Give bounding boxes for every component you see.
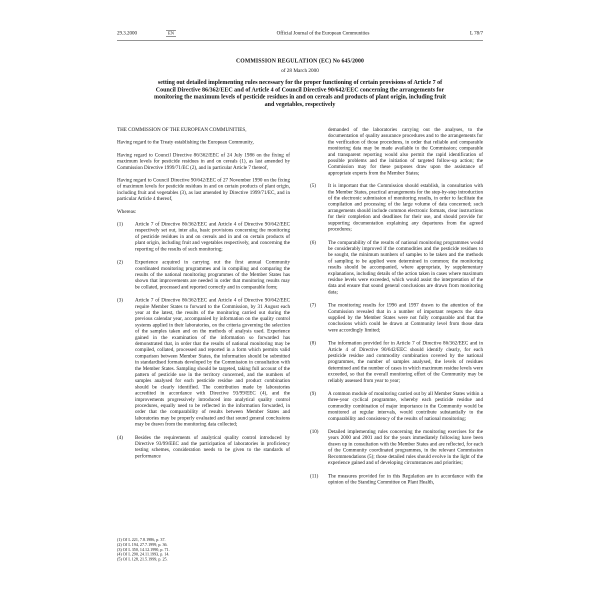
recital-number: (4) [117, 435, 135, 460]
header-language-badge: EN [166, 30, 176, 37]
recital-number: (6) [310, 240, 328, 296]
recital-number: (2) [117, 260, 135, 291]
recital-number: (7) [310, 303, 328, 334]
recital-number: (1) [117, 222, 135, 253]
recital-text: Experience acquired in carrying out the … [135, 260, 290, 291]
recital-text: The measures provided for in this Regula… [328, 473, 483, 485]
recital-number: (11) [310, 473, 328, 485]
recital-5: (5) It is important that the Commission … [310, 183, 483, 233]
recital-8: (8) The information provided for in Arti… [310, 341, 483, 384]
recital-number: (3) [117, 298, 135, 428]
regulation-number: COMMISSION REGULATION (EC) No 645/2000 [117, 58, 483, 65]
recital-text: A common module of monitoring carried ou… [328, 391, 483, 422]
recital-text: Article 7 of Directive 86/362/EEC and Ar… [135, 298, 290, 428]
left-column: THE COMMISSION OF THE EUROPEAN COMMUNITI… [117, 127, 290, 563]
recital-7: (7) The monitoring results for 1996 and … [310, 303, 483, 334]
citation-directive-86-362: Having regard to Council Directive 86/36… [117, 152, 290, 171]
recital-text: The monitoring results for 1996 and 1997… [328, 303, 483, 334]
recital-number: (10) [310, 429, 328, 466]
recital-number: (8) [310, 341, 328, 384]
recital-4: (4) Besides the requirements of analytic… [117, 435, 290, 460]
footnotes: (1) OJ L 221, 7.8.1986, p. 37. (2) OJ L … [117, 538, 267, 562]
recital-text: The information provided for in Article … [328, 341, 483, 384]
recital-6: (6) The comparability of the results of … [310, 240, 483, 296]
recital-text: Besides the requirements of analytical q… [135, 435, 290, 460]
header-journal-title: Official Journal of the European Communi… [176, 31, 470, 37]
regulation-date: of 28 March 2000 [117, 68, 483, 74]
footnote-5: (5) OJ L 128, 21.5.1999, p. 25. [117, 557, 267, 562]
header-date: 29.3.2000 [117, 31, 137, 37]
page-content: 29.3.2000 EN Official Journal of the Eur… [0, 0, 600, 600]
citation-treaty: Having regard to the Treaty establishing… [117, 140, 290, 146]
recital-number: (5) [310, 183, 328, 233]
recital-text: The comparability of the results of nati… [328, 240, 483, 296]
recital-10: (10) Detailed implementing rules concern… [310, 429, 483, 466]
citation-directive-90-642: Having regard to Council Directive 90/64… [117, 178, 290, 203]
body-columns: THE COMMISSION OF THE EUROPEAN COMMUNITI… [117, 127, 483, 563]
journal-page: 29.3.2000 EN Official Journal of the Eur… [0, 0, 600, 600]
recital-2: (2) Experience acquired in carrying out … [117, 260, 290, 291]
recital-number: (9) [310, 391, 328, 422]
oj-header: 29.3.2000 EN Official Journal of the Eur… [117, 30, 483, 41]
header-page-number: L 78/7 [470, 31, 483, 37]
recital-text: It is important that the Commission shou… [328, 183, 483, 233]
whereas-label: Whereas: [117, 209, 290, 215]
recital-4-continuation: demanded of the laboratories carrying ou… [310, 127, 483, 177]
recital-11: (11) The measures provided for in this R… [310, 473, 483, 485]
right-column: demanded of the laboratories carrying ou… [310, 127, 483, 563]
recital-text: Article 7 of Directive 86/362/EEC and Ar… [135, 222, 290, 253]
title-block: COMMISSION REGULATION (EC) No 645/2000 o… [117, 58, 483, 108]
regulation-subject: setting out detailed implementing rules … [150, 79, 450, 108]
recital-3: (3) Article 7 of Directive 86/362/EEC an… [117, 298, 290, 428]
enacting-authority: THE COMMISSION OF THE EUROPEAN COMMUNITI… [117, 127, 290, 133]
recital-1: (1) Article 7 of Directive 86/362/EEC an… [117, 222, 290, 253]
recital-text: Detailed implementing rules concerning t… [328, 429, 483, 466]
recital-9: (9) A common module of monitoring carrie… [310, 391, 483, 422]
